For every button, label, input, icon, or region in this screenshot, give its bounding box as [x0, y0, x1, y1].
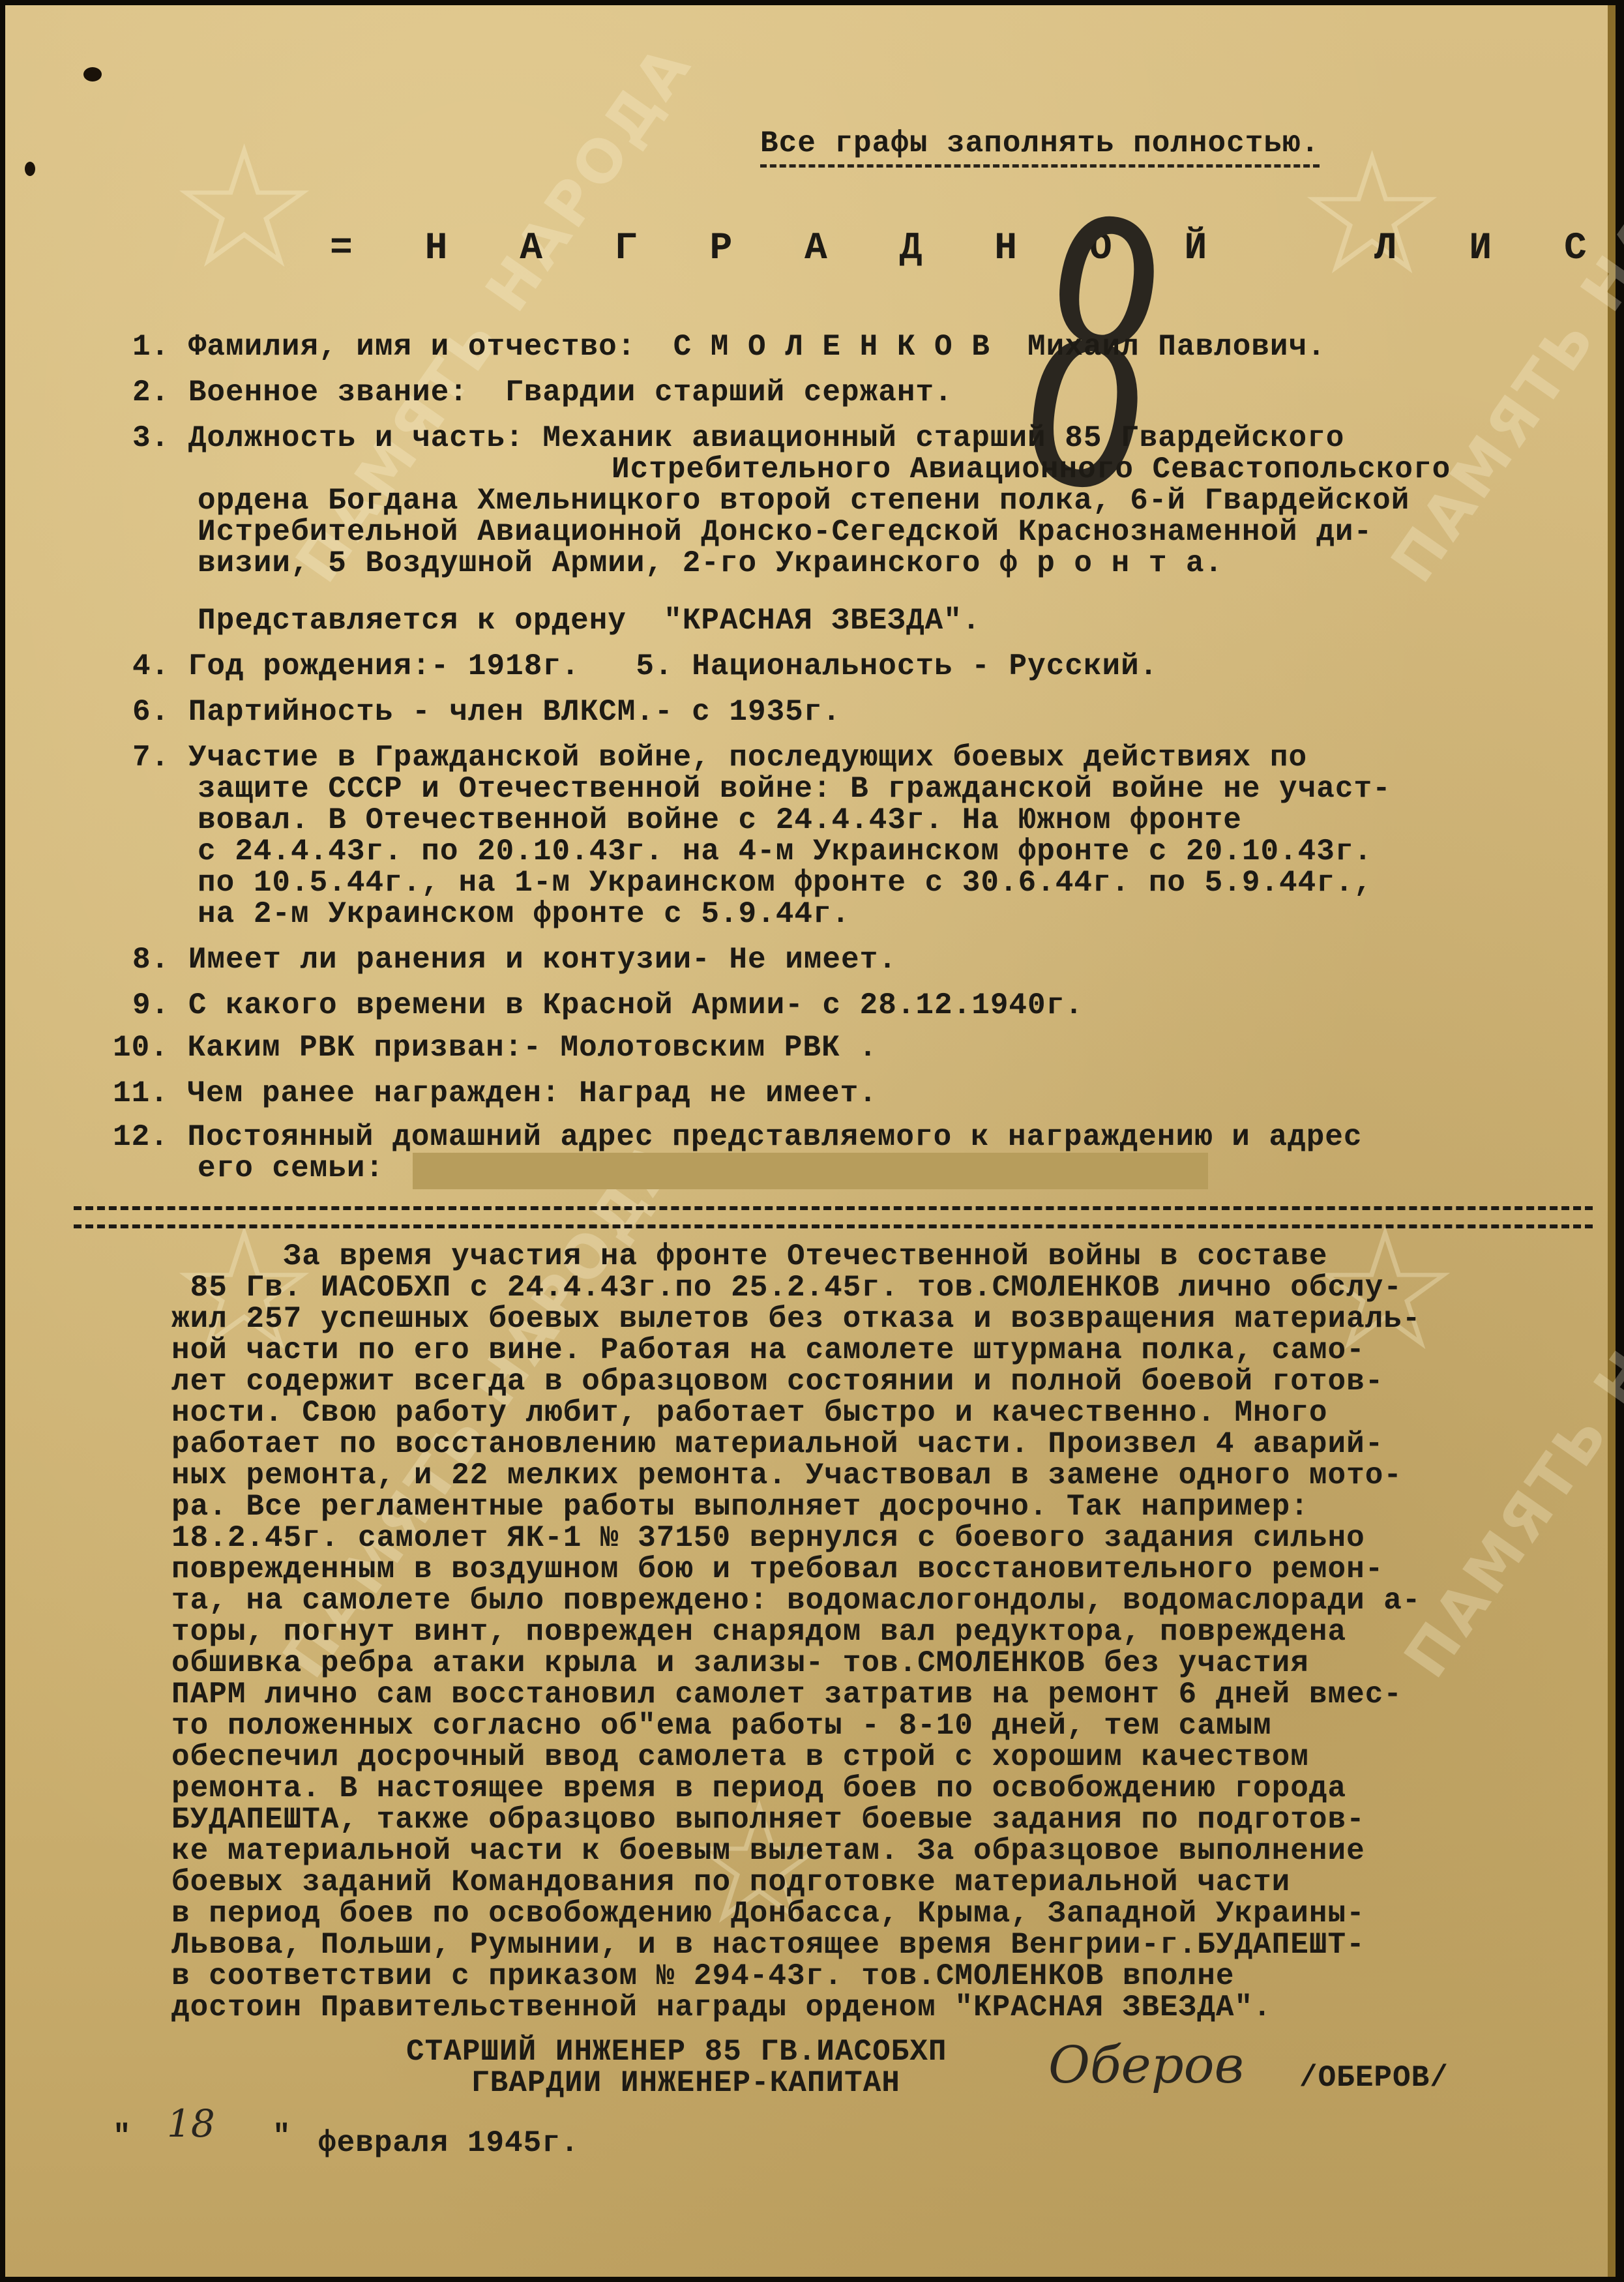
- field-3-line: Истребительной Авиационной Донско-Сегедс…: [198, 516, 1372, 548]
- narrative-line: в период боев по освобождению Донбасса, …: [171, 1898, 1365, 1929]
- narrative-line: торы, погнут винт, поврежден снарядом ва…: [171, 1616, 1346, 1648]
- narrative-line: ке материальной части к боевым вылетам. …: [171, 1835, 1365, 1867]
- narrative-line: 85 Гв. ИАСОБХП с 24.4.43г.по 25.2.45г. т…: [171, 1272, 1402, 1303]
- narrative-line: работает по восстановлению материальной …: [171, 1429, 1383, 1460]
- field-7-line: вовал. В Отечественной войне с 24.4.43г.…: [198, 805, 1242, 836]
- field-7-line: защите СССР и Отечественной войне: В гра…: [198, 773, 1391, 805]
- narrative-line: поврежденным в воздушном бою и требовал …: [171, 1554, 1383, 1585]
- field-3-line: визии, 5 Воздушной Армии, 2-го Украинско…: [198, 548, 1223, 579]
- narrative-line: обеспечил досрочный ввод самолета в стро…: [171, 1741, 1309, 1773]
- field-9: 9. С какого времени в Красной Армии- с 2…: [132, 990, 1084, 1021]
- award-sheet: ☆ ПАМЯТЬ НАРОДА ☆ ПАМЯТЬ НАРОДА ☆ ПАМЯТЬ…: [5, 5, 1616, 2277]
- paper-hole: [25, 162, 35, 176]
- narrative-line: ПАРМ лично сам восстановил самолет затра…: [171, 1679, 1402, 1710]
- field-3: 3. Должность и часть: Механик авиационны…: [132, 422, 1344, 454]
- instruction-header: Все графы заполнять полностью.: [760, 128, 1320, 159]
- field-10: 10. Каким РВК призван:- Молотовским РВК …: [113, 1032, 878, 1063]
- field-4-5: 4. Год рождения:- 1918г. 5. Национальнос…: [132, 651, 1158, 682]
- field-2: 2. Военное звание: Гвардии старший сержа…: [132, 377, 953, 408]
- award-nomination: Представляется к ордену "КРАСНАЯ ЗВЕЗДА"…: [198, 605, 981, 636]
- signer-title-line1: СТАРШИЙ ИНЖЕНЕР 85 ГВ.ИАСОБХП: [406, 2036, 947, 2067]
- date-month-year: февраля 1945г.: [318, 2127, 579, 2159]
- narrative-line: ной части по его вине. Работая на самоле…: [171, 1335, 1365, 1366]
- narrative-line: та, на самолете было повреждено: водомас…: [171, 1585, 1421, 1616]
- narrative-line: За время участия на фронте Отечественной…: [171, 1241, 1327, 1272]
- handwritten-signature: Оберов: [1048, 2036, 1244, 2095]
- narrative-line: БУДАПЕШТА, также образцово выполняет бое…: [171, 1804, 1365, 1835]
- field-6: 6. Партийность - член ВЛКСМ.- с 1935г.: [132, 696, 841, 728]
- narrative-line: Львова, Польши, Румынии, и в настоящее в…: [171, 1929, 1365, 1961]
- narrative-line: лет содержит всегда в образцовом состоян…: [171, 1366, 1383, 1397]
- handwritten-day: 18: [167, 2101, 215, 2146]
- field-8: 8. Имеет ли ранения и контузии- Не имеет…: [132, 944, 897, 975]
- field-1: 1. Фамилия, имя и отчество: С М О Л Е Н …: [132, 331, 1326, 363]
- field-7-line: с 24.4.43г. по 20.10.43г. на 4-м Украинс…: [198, 836, 1372, 867]
- field-7: 7. Участие в Гражданской войне, последую…: [132, 742, 1307, 773]
- narrative-line: то положенных согласно об"ема работы - 8…: [171, 1710, 1272, 1741]
- field-11: 11. Чем ранее награжден: Наград не имеет…: [113, 1078, 878, 1109]
- watermark-star-icon: ☆: [168, 110, 320, 306]
- date-open-quote: ": [113, 2121, 132, 2152]
- watermark-text: ПАМЯТЬ НАРОДА: [1378, 32, 1624, 595]
- section-separator: [74, 1206, 1593, 1228]
- date-close-quote: ": [273, 2121, 291, 2152]
- narrative-line: ных ремонта, и 22 мелких ремонта. Участв…: [171, 1460, 1402, 1491]
- paper-hole: [83, 67, 102, 81]
- narrative-line: в соответствии с приказом № 294-43г. тов…: [171, 1961, 1234, 1992]
- field-3-line: Истребительного Авиационного Севастополь…: [612, 454, 1451, 485]
- field-3-line: ордена Богдана Хмельницкого второй степе…: [198, 485, 1410, 516]
- redacted-address: [413, 1153, 1208, 1189]
- signer-title-line2: ГВАРДИИ ИНЖЕНЕР-КАПИТАН: [471, 2067, 900, 2099]
- narrative-line: обшивка ребра атаки крыла и зализы- тов.…: [171, 1648, 1309, 1679]
- field-12-cont: его семьи:: [198, 1153, 384, 1184]
- field-7-line: на 2-м Украинском фронте с 5.9.44г.: [198, 898, 850, 930]
- signer-name: /ОБЕРОВ/: [1299, 2062, 1449, 2094]
- narrative-line: ремонта. В настоящее время в период боев…: [171, 1773, 1346, 1804]
- narrative-line: достоин Правительственной награды ордено…: [171, 1992, 1272, 2023]
- document-title: = Н А Г Р А Д Н О Й Л И С Т =: [330, 233, 1624, 265]
- narrative-line: ности. Свою работу любит, работает быстр…: [171, 1397, 1327, 1429]
- field-7-line: по 10.5.44г., на 1-м Украинском фронте с…: [198, 867, 1372, 898]
- narrative-line: 18.2.45г. самолет ЯК-1 № 37150 вернулся …: [171, 1522, 1365, 1554]
- narrative-line: боевых заданий Командования по подготовк…: [171, 1867, 1290, 1898]
- narrative-line: жил 257 успешных боевых вылетов без отка…: [171, 1303, 1421, 1335]
- field-12: 12. Постоянный домашний адрес представля…: [113, 1121, 1363, 1153]
- narrative-line: ра. Все регламентные работы выполняет до…: [171, 1491, 1309, 1522]
